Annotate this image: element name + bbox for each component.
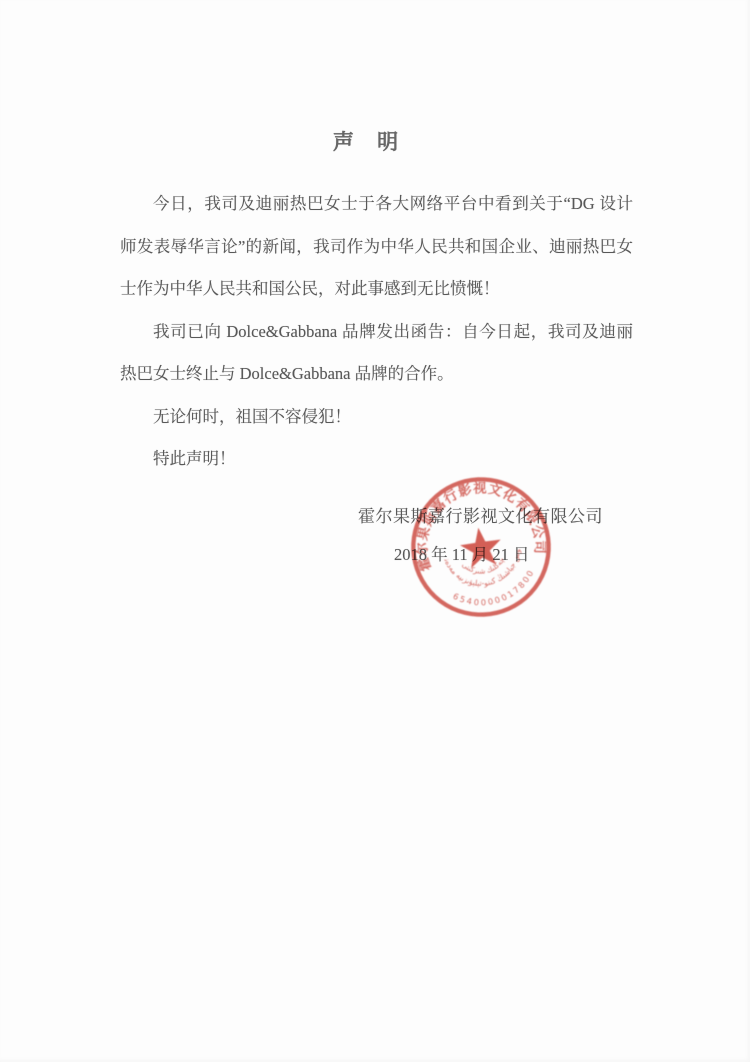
- paragraph-2: 我司已向 Dolce&Gabbana 品牌发出函告：自今日起，我司及迪丽热巴女士…: [120, 311, 633, 396]
- document-page: 声 明 今日，我司及迪丽热巴女士于各大网络平台中看到关于“DG 设计师发表辱华言…: [0, 0, 750, 1062]
- svg-text:خورگوس جياشىڭ كىنو-تېلېۋىزىيە: خورگوس جياشىڭ كىنو-تېلېۋىزىيە مەدەنىيەت: [388, 454, 526, 599]
- document-title: 声 明: [0, 126, 740, 156]
- paragraph-1: 今日，我司及迪丽热巴女士于各大网络平台中看到关于“DG 设计师发表辱华言论”的新…: [120, 183, 633, 311]
- svg-text:6540000017800: 6540000017800: [448, 566, 540, 612]
- paragraph-3: 无论何时，祖国不容侵犯！: [120, 396, 633, 439]
- seal-uyghur-text-outer: خورگوس جياشىڭ كىنو-تېلېۋىزىيە مەدەنىيەت: [388, 454, 526, 599]
- paragraph-4: 特此声明！: [120, 438, 633, 481]
- document-body: 今日，我司及迪丽热巴女士于各大网络平台中看到关于“DG 设计师发表辱华言论”的新…: [120, 183, 633, 481]
- company-seal: 霍尔果斯嘉行影视文化有限公司 6540000017800 خورگوس جياش…: [388, 454, 573, 639]
- seal-registration-number: 6540000017800: [448, 566, 540, 612]
